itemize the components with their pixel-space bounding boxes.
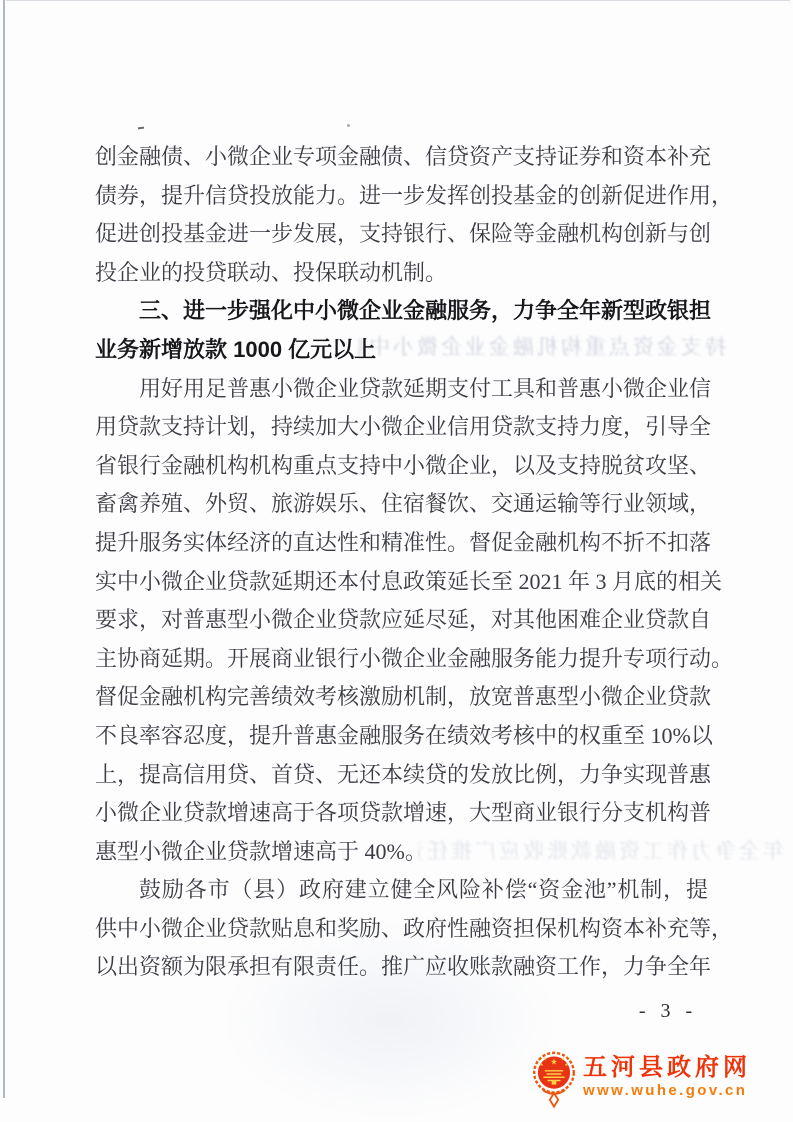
section-heading: 三、进一步强化中小微企业金融服务，力争全年新型政银担业务新增放款 1000 亿元… — [95, 292, 708, 369]
text-line: 用好用足普惠小微企业贷款延期支付工具和普惠小微企业信 — [95, 370, 708, 409]
scan-speck — [138, 127, 144, 130]
text-line: 主协商延期。开展商业银行小微企业金融服务能力提升专项行动。 — [95, 640, 708, 679]
text-line: 投企业的投贷联动、投保联动机制。 — [95, 254, 708, 293]
text-line: 督促金融机构完善绩效考核激励机制，放宽普惠型小微企业贷款 — [95, 678, 708, 717]
text-line: 惠型小微企业贷款增速高于 40%。 — [95, 833, 708, 872]
scan-top-line — [6, 0, 790, 1]
text-line: 小微企业贷款增速高于各项贷款增速，大型商业银行分支机构普 — [95, 794, 708, 833]
text-line: 实中小微企业贷款延期还本付息政策延长至 2021 年 3 月底的相关 — [95, 563, 708, 602]
text-line: 用贷款支持计划，持续加大小微企业信用贷款支持力度，引导全 — [95, 408, 708, 447]
svg-text:★: ★ — [543, 1057, 547, 1063]
site-watermark: ★ ★ ★ ★ ★ 五河县政府网 www.wuhe.gov.cn — [531, 1049, 751, 1111]
text-line: 创金融债、小微企业专项金融债、信贷资产支持证券和资本补充 — [95, 138, 708, 177]
site-name: 五河县政府网 — [583, 1055, 751, 1081]
svg-text:★: ★ — [561, 1057, 565, 1063]
paragraph-continuation: 创金融债、小微企业专项金融债、信贷资产支持证券和资本补充债券，提升信贷投放能力。… — [95, 138, 708, 292]
svg-text:★: ★ — [550, 1056, 557, 1066]
site-watermark-text: 五河县政府网 www.wuhe.gov.cn — [583, 1049, 751, 1099]
text-line: 畜禽养殖、外贸、旅游娱乐、住宿餐饮、交通运输等行业领域， — [95, 485, 708, 524]
paragraph-1: 用好用足普惠小微企业贷款延期支付工具和普惠小微企业信用贷款支持计划，持续加大小微… — [95, 370, 708, 872]
scan-speck — [347, 124, 350, 127]
svg-text:★: ★ — [564, 1062, 568, 1068]
document-text: 创金融债、小微企业专项金融债、信贷资产支持证券和资本补充债券，提升信贷投放能力。… — [95, 138, 708, 987]
china-national-emblem-icon: ★ ★ ★ ★ ★ — [531, 1049, 577, 1111]
text-line: 以出资额为限承担有限责任。推广应收账款融资工作，力争全年 — [95, 948, 708, 987]
page-number: - 3 - — [612, 1000, 724, 1023]
text-line: 业务新增放款 1000 亿元以上 — [95, 331, 708, 370]
document-page: 持支金资点重构机融金业企微小中惠普大加续持策政 年全争力作工资融款账收应广推任责… — [0, 0, 793, 1122]
scan-edge-line — [3, 0, 5, 1098]
text-line: 供中小微企业贷款贴息和奖励、政府性融资担保机构资本补充等， — [95, 910, 708, 949]
site-url: www.wuhe.gov.cn — [583, 1082, 751, 1099]
text-line: 要求，对普惠型小微企业贷款应延尽延，对其他困难企业贷款自 — [95, 601, 708, 640]
text-line: 促进创投基金进一步发展，支持银行、保险等金融机构创新与创 — [95, 215, 708, 254]
paragraph-2: 鼓励各市（县）政府建立健全风险补偿“资金池”机制，提供中小微企业贷款贴息和奖励、… — [95, 871, 708, 987]
text-line: 提升服务实体经济的直达性和精准性。督促金融机构不折不扣落 — [95, 524, 708, 563]
text-line: 不良率容忍度，提升普惠金融服务在绩效考核中的权重至 10%以 — [95, 717, 708, 756]
text-line: 三、进一步强化中小微企业金融服务，力争全年新型政银担 — [95, 292, 708, 331]
text-line: 上，提高信用贷、首贷、无还本续贷的发放比例，力争实现普惠 — [95, 756, 708, 795]
text-line: 省银行金融机构机构重点支持中小微企业，以及支持脱贫攻坚、 — [95, 447, 708, 486]
svg-text:★: ★ — [540, 1062, 544, 1068]
text-line: 债券，提升信贷投放能力。进一步发挥创投基金的创新促进作用， — [95, 177, 708, 216]
text-line: 鼓励各市（县）政府建立健全风险补偿“资金池”机制，提 — [95, 871, 708, 910]
